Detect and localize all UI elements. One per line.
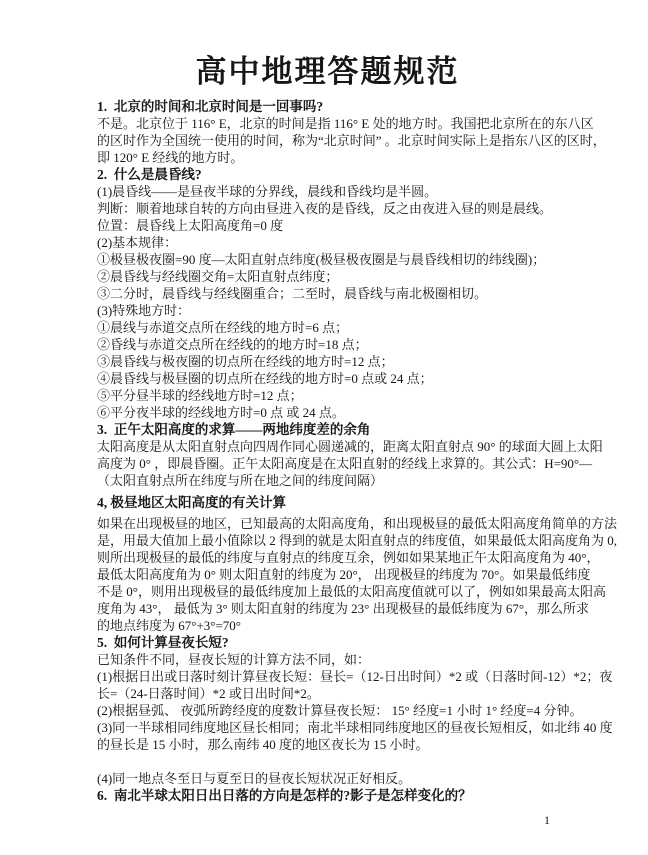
text-line: （太阳直射点所在纬度与所在地之间的纬度间隔） (97, 472, 558, 489)
text-line: 判断：顺着地球自转的方向由昼进入夜的是昏线，反之由夜进入昼的则是晨线。 (97, 200, 558, 217)
paragraph: (1)晨昏线——是昼夜半球的分界线，晨线和昏线均是半圆。判断：顺着地球自转的方向… (97, 183, 558, 421)
text-line: 是，用最大值加上最小值除以 2 得到的就是太阳直射点的纬度值，如果最低太阳高度角… (97, 532, 558, 549)
text-line: 则所出现极昼的最低的纬度与直射点的纬度互余，例如如果某地正午太阳高度角为 40°… (97, 549, 558, 566)
text-line: 1. 北京的时间和北京时间是一回事吗? (97, 98, 558, 115)
text-line: 5. 如何计算昼夜长短? (97, 634, 558, 651)
text-line: (3)同一半球相同纬度地区昼长相同；南北半球相同纬度地区的昼夜长短相反，如北纬 … (97, 719, 558, 736)
text-line: (3)特殊地方时： (97, 302, 558, 319)
text-line: ③二分时，晨昏线与经线圈重合；二至时，晨昏线与南北极圈相切。 (97, 285, 558, 302)
question-heading: 6. 南北半球太阳日出日落的方向是怎样的?影子是怎样变化的？ (97, 787, 558, 804)
document-page: 高中地理答题规范 1. 北京的时间和北京时间是一回事吗?不是。北京位于 116°… (0, 0, 648, 855)
text-line: ①晨线与赤道交点所在经线的地方时=6 点； (97, 319, 558, 336)
paragraph: 不是。北京位于 116° E，北京的时间是指 116° E 处的地方时。我国把北… (97, 115, 558, 166)
question-heading: 1. 北京的时间和北京时间是一回事吗? (97, 98, 558, 115)
page-number: 1 (97, 813, 558, 828)
text-line: 长=（24-日落时间）*2 或日出时间*2。 (97, 685, 558, 702)
text-line: 即 120° E 经线的地方时。 (97, 149, 558, 166)
text-line: 2. 什么是晨昏线? (97, 166, 558, 183)
text-line (97, 753, 558, 770)
text-line: (2)根据昼弧、 夜弧所跨经度的度数计算昼夜长短： 15° 经度=1 小时 1°… (97, 702, 558, 719)
text-line: 6. 南北半球太阳日出日落的方向是怎样的?影子是怎样变化的？ (97, 787, 558, 804)
text-line: ④晨昏线与极昼圈的切点所在经线的地方时=0 点或 24 点； (97, 370, 558, 387)
text-line: 高度为 0° ，即晨昏圈。正午太阳高度是在太阳直射的经线上求算的。其公式：H=9… (97, 455, 558, 472)
question-heading: 2. 什么是晨昏线? (97, 166, 558, 183)
text-line: ⑤平分昼半球的经线地方时=12 点； (97, 387, 558, 404)
text-line: ②晨昏线与经线圈交角=太阳直射点纬度； (97, 268, 558, 285)
text-line: 如果在出现极昼的地区，已知最高的太阳高度角，和出现极昼的最低太阳高度角简单的方法 (97, 515, 558, 532)
text-line: 的地点纬度为 67°+3°=70° (97, 617, 558, 634)
text-line: 位置：晨昏线上太阳高度角=0 度 (97, 217, 558, 234)
text-line: 的昼长是 15 小时，那么南纬 40 度的地区夜长为 15 小时。 (97, 736, 558, 753)
page-content: 高中地理答题规范 1. 北京的时间和北京时间是一回事吗?不是。北京位于 116°… (0, 0, 648, 828)
text-line: 最低太阳高度角为 0° 则太阳直射的纬度为 20°， 出现极昼的纬度为 70°。… (97, 566, 558, 583)
text-line: 3. 正午太阳高度的求算——两地纬度差的余角 (97, 421, 558, 438)
text-line: 4, 极昼地区太阳高度的有关计算 (97, 494, 558, 511)
text-line: ①极昼极夜圈=90 度—太阳直射点纬度(极昼极夜圈是与晨昏线相切的纬线圈)； (97, 251, 558, 268)
paragraph: 太阳高度是从太阳直射点向四周作同心圆递减的，距离太阳直射点 90° 的球面大圆上… (97, 438, 558, 489)
document-title: 高中地理答题规范 (97, 52, 558, 92)
text-line: ⑥平分夜半球的经线地方时=0 点 或 24 点。 (97, 404, 558, 421)
text-line: 不是。北京位于 116° E，北京的时间是指 116° E 处的地方时。我国把北… (97, 115, 558, 132)
text-line: 太阳高度是从太阳直射点向四周作同心圆递减的，距离太阳直射点 90° 的球面大圆上… (97, 438, 558, 455)
document-body: 1. 北京的时间和北京时间是一回事吗?不是。北京位于 116° E，北京的时间是… (97, 98, 558, 804)
text-line: ③晨昏线与极夜圈的切点所在经线的地方时=12 点； (97, 353, 558, 370)
text-line: (1)晨昏线——是昼夜半球的分界线，晨线和昏线均是半圆。 (97, 183, 558, 200)
text-line: 已知条件不同，昼夜长短的计算方法不同，如： (97, 651, 558, 668)
text-line: ②昏线与赤道交点所在经线的的地方时=18 点； (97, 336, 558, 353)
text-line: (2)基本规律： (97, 234, 558, 251)
text-line: (4)同一地点冬至日与夏至日的昼夜长短状况正好相反。 (97, 770, 558, 787)
text-line: 的区时作为全国统一使用的时间，称为“北京时间” 。北京时间实际上是指东八区的区时… (97, 132, 558, 149)
text-line: (1)根据日出或日落时刻计算昼夜长短：昼长=（12-日出时间）*2 或（日落时间… (97, 668, 558, 685)
question-heading: 3. 正午太阳高度的求算——两地纬度差的余角 (97, 421, 558, 438)
paragraph: 已知条件不同，昼夜长短的计算方法不同，如：(1)根据日出或日落时刻计算昼夜长短：… (97, 651, 558, 787)
question-heading: 4, 极昼地区太阳高度的有关计算 (97, 494, 558, 511)
text-line: 不是 0°，则用出现极昼的最低纬度加上最低的太阳高度值就可以了，例如如果最高太阳… (97, 583, 558, 600)
question-heading: 5. 如何计算昼夜长短? (97, 634, 558, 651)
paragraph: 如果在出现极昼的地区，已知最高的太阳高度角，和出现极昼的最低太阳高度角简单的方法… (97, 515, 558, 634)
text-line: 度角为 43°， 最低为 3° 则太阳直射的纬度为 23° 出现极昼的最低纬度为… (97, 600, 558, 617)
